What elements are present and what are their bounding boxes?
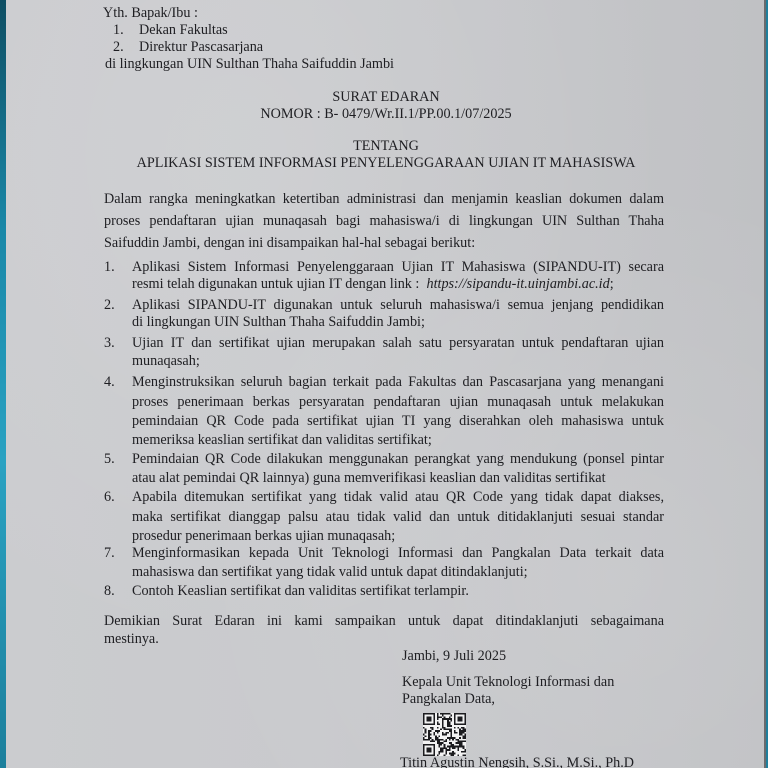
about-label: TENTANG <box>106 138 666 155</box>
signer-position: Kepala Unit Teknologi Informasi dan <box>402 674 614 691</box>
point-line: Menginformasikan kepada Unit Teknologi I… <box>132 545 664 562</box>
point-line: prosedur penerimaan berkas ujian munaqas… <box>132 528 395 545</box>
point-number: 2. <box>104 297 115 314</box>
point-line: Ujian IT dan sertifikat ujian merupakan … <box>132 335 664 352</box>
point-line: Aplikasi SIPANDU-IT digunakan untuk selu… <box>132 297 664 314</box>
qr-code-icon <box>423 713 466 756</box>
page-edge-shadow <box>764 0 766 768</box>
recipient-item: Direktur Pascasarjana <box>139 39 263 56</box>
letter-number: NOMOR : B- 0479/Wr.II.1/PP.00.1/07/2025 <box>106 106 666 123</box>
signer-position: Pangkalan Data, <box>402 691 495 708</box>
point-number: 4. <box>104 374 115 391</box>
closing-line: mestinya. <box>104 631 159 648</box>
point-number: 7. <box>104 545 115 562</box>
sipandu-link[interactable]: https://sipandu-it.uinjambi.ac.id <box>426 276 609 292</box>
point-line: maka sertifikat dianggap palsu atau tida… <box>132 509 664 526</box>
point-number: 8. <box>104 583 115 600</box>
point-line: munaqasah; <box>132 353 200 370</box>
point-line: Pemindaian QR Code dilakukan menggunakan… <box>132 451 664 468</box>
signer-name: Titin Agustin Nengsih, S.Si., M.Si., Ph.… <box>400 755 634 768</box>
point-line: pemindaian QR Code pada sertifikat ujian… <box>132 413 664 430</box>
point-line: resmi telah digunakan untuk ujian IT den… <box>132 276 614 293</box>
closing-line: Demikian Surat Edaran ini kami sampaikan… <box>104 613 664 630</box>
recipient-item: Dekan Fakultas <box>139 22 228 39</box>
point-number: 6. <box>104 489 115 506</box>
point-number: 5. <box>104 451 115 468</box>
intro-line: proses pendaftaran ujian munaqasah bagi … <box>104 213 664 230</box>
point-line: Menginstruksikan seluruh bagian terkait … <box>132 374 664 391</box>
recipient-number: 1. <box>113 22 124 39</box>
letter-title: SURAT EDARAN <box>106 89 666 106</box>
point-line: di lingkungan UIN Sulthan Thaha Saifuddi… <box>132 314 425 331</box>
intro-line: Saifuddin Jambi, dengan ini disampaikan … <box>104 235 475 252</box>
point-line: mahasiswa dan sertifikat yang tidak vali… <box>132 564 528 581</box>
place-date: Jambi, 9 Juli 2025 <box>402 648 506 665</box>
point-line: Contoh Keaslian sertifikat dan validitas… <box>132 583 469 600</box>
intro-line: Dalam rangka meningkatkan ketertiban adm… <box>104 191 664 208</box>
point-line: Aplikasi Sistem Informasi Penyelenggaraa… <box>132 259 664 276</box>
point-line: memeriksa keaslian sertifikat dan validi… <box>132 432 432 449</box>
greeting: Yth. Bapak/Ibu : <box>103 5 198 22</box>
point-line: Apabila ditemukan sertifikat yang tidak … <box>132 489 664 506</box>
recipient-location: di lingkungan UIN Sulthan Thaha Saifuddi… <box>105 56 394 73</box>
point-number: 3. <box>104 335 115 352</box>
recipient-number: 2. <box>113 39 124 56</box>
letter-page: Yth. Bapak/Ibu : 1. Dekan Fakultas 2. Di… <box>6 0 766 768</box>
point-line: atau alat pemindai QR lainnya) guna memv… <box>132 470 606 487</box>
point-line: proses penerimaan berkas persyaratan pen… <box>132 394 664 411</box>
letter-subject: APLIKASI SISTEM INFORMASI PENYELENGGARAA… <box>96 155 676 172</box>
point-text: resmi telah digunakan untuk ujian IT den… <box>132 276 419 292</box>
point-punct: ; <box>610 276 614 292</box>
point-number: 1. <box>104 259 115 276</box>
